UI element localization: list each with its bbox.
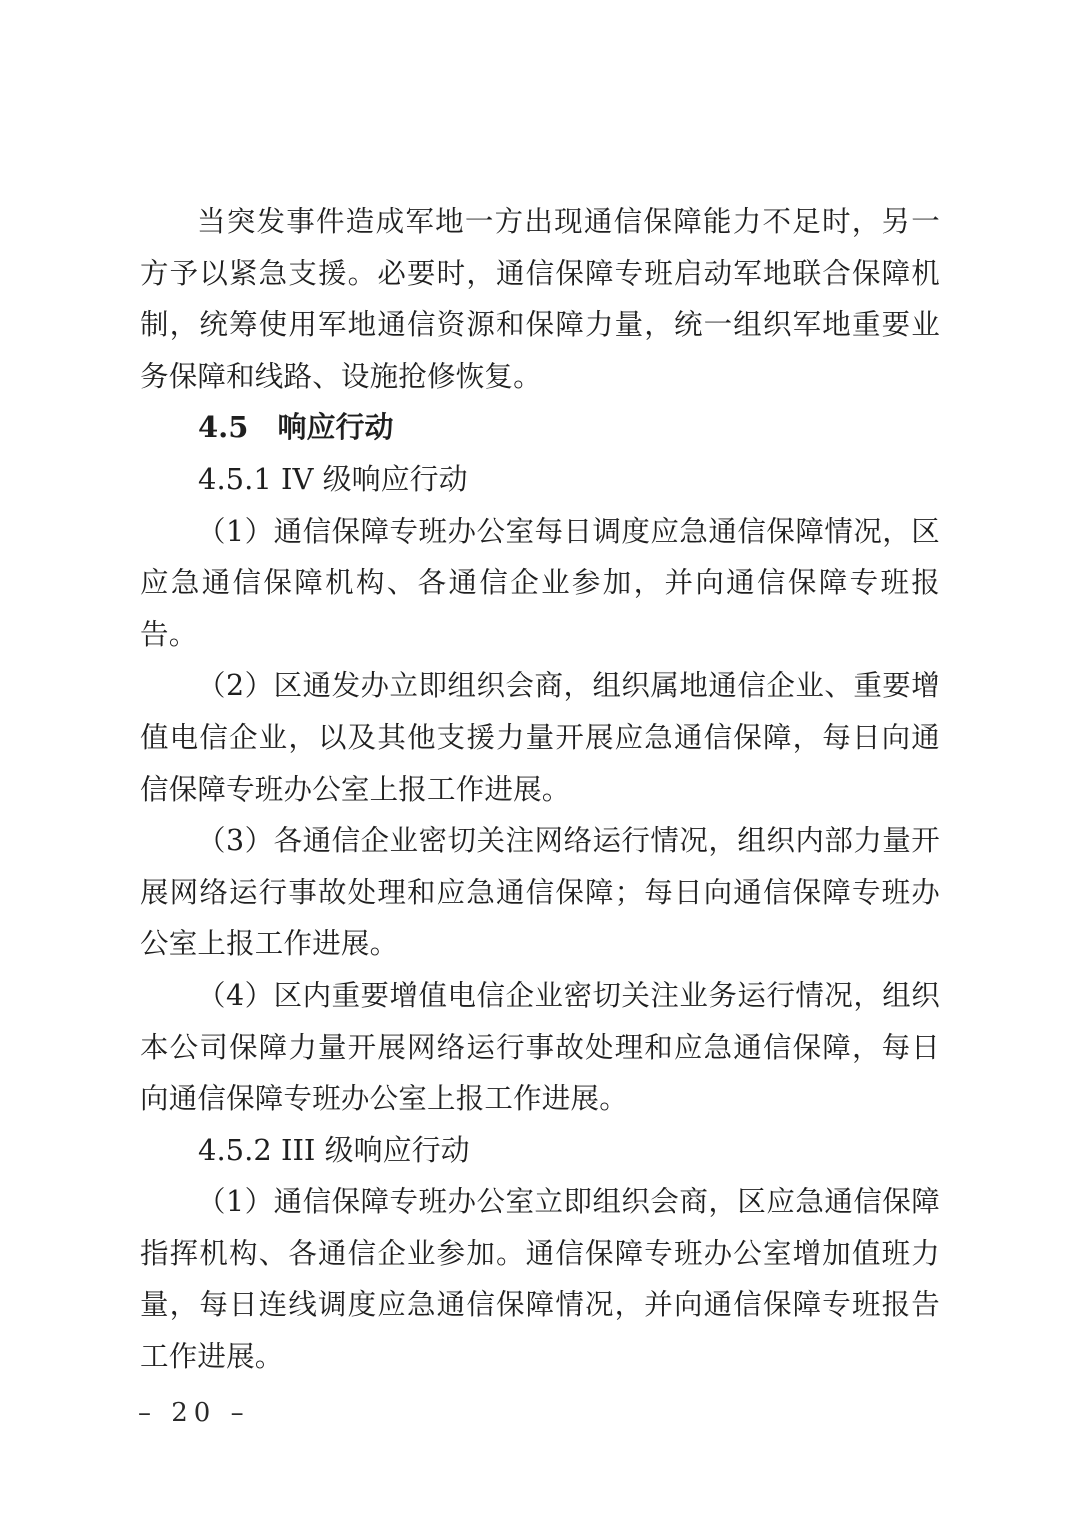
paragraph-iv-item-4: （4）区内重要增值电信企业密切关注业务运行情况，组织本公司保障力量开展网络运行事… — [140, 970, 940, 1125]
document-page: 当突发事件造成军地一方出现通信保障能力不足时，另一方予以紧急支援。必要时，通信保… — [0, 0, 1074, 1518]
page-number: – 20 – — [138, 1396, 250, 1430]
paragraph-iv-item-2: （2）区通发办立即组织会商，组织属地通信企业、重要增值电信企业，以及其他支援力量… — [140, 660, 940, 815]
text-block: 当突发事件造成军地一方出现通信保障能力不足时，另一方予以紧急支援。必要时，通信保… — [140, 196, 940, 1383]
subsection-heading-4-5-1: 4.5.1 IV 级响应行动 — [140, 454, 940, 506]
paragraph-iii-item-1: （1）通信保障专班办公室立即组织会商，区应急通信保障指挥机构、各通信企业参加。通… — [140, 1176, 940, 1382]
paragraph-iv-item-3: （3）各通信企业密切关注网络运行情况，组织内部力量开展网络运行事故处理和应急通信… — [140, 815, 940, 970]
section-heading-4-5: 4.5 响应行动 — [140, 402, 940, 454]
subsection-heading-4-5-2: 4.5.2 III 级响应行动 — [140, 1125, 940, 1177]
paragraph-military-support: 当突发事件造成军地一方出现通信保障能力不足时，另一方予以紧急支援。必要时，通信保… — [140, 196, 940, 402]
paragraph-iv-item-1: （1）通信保障专班办公室每日调度应急通信保障情况，区应急通信保障机构、各通信企业… — [140, 506, 940, 661]
